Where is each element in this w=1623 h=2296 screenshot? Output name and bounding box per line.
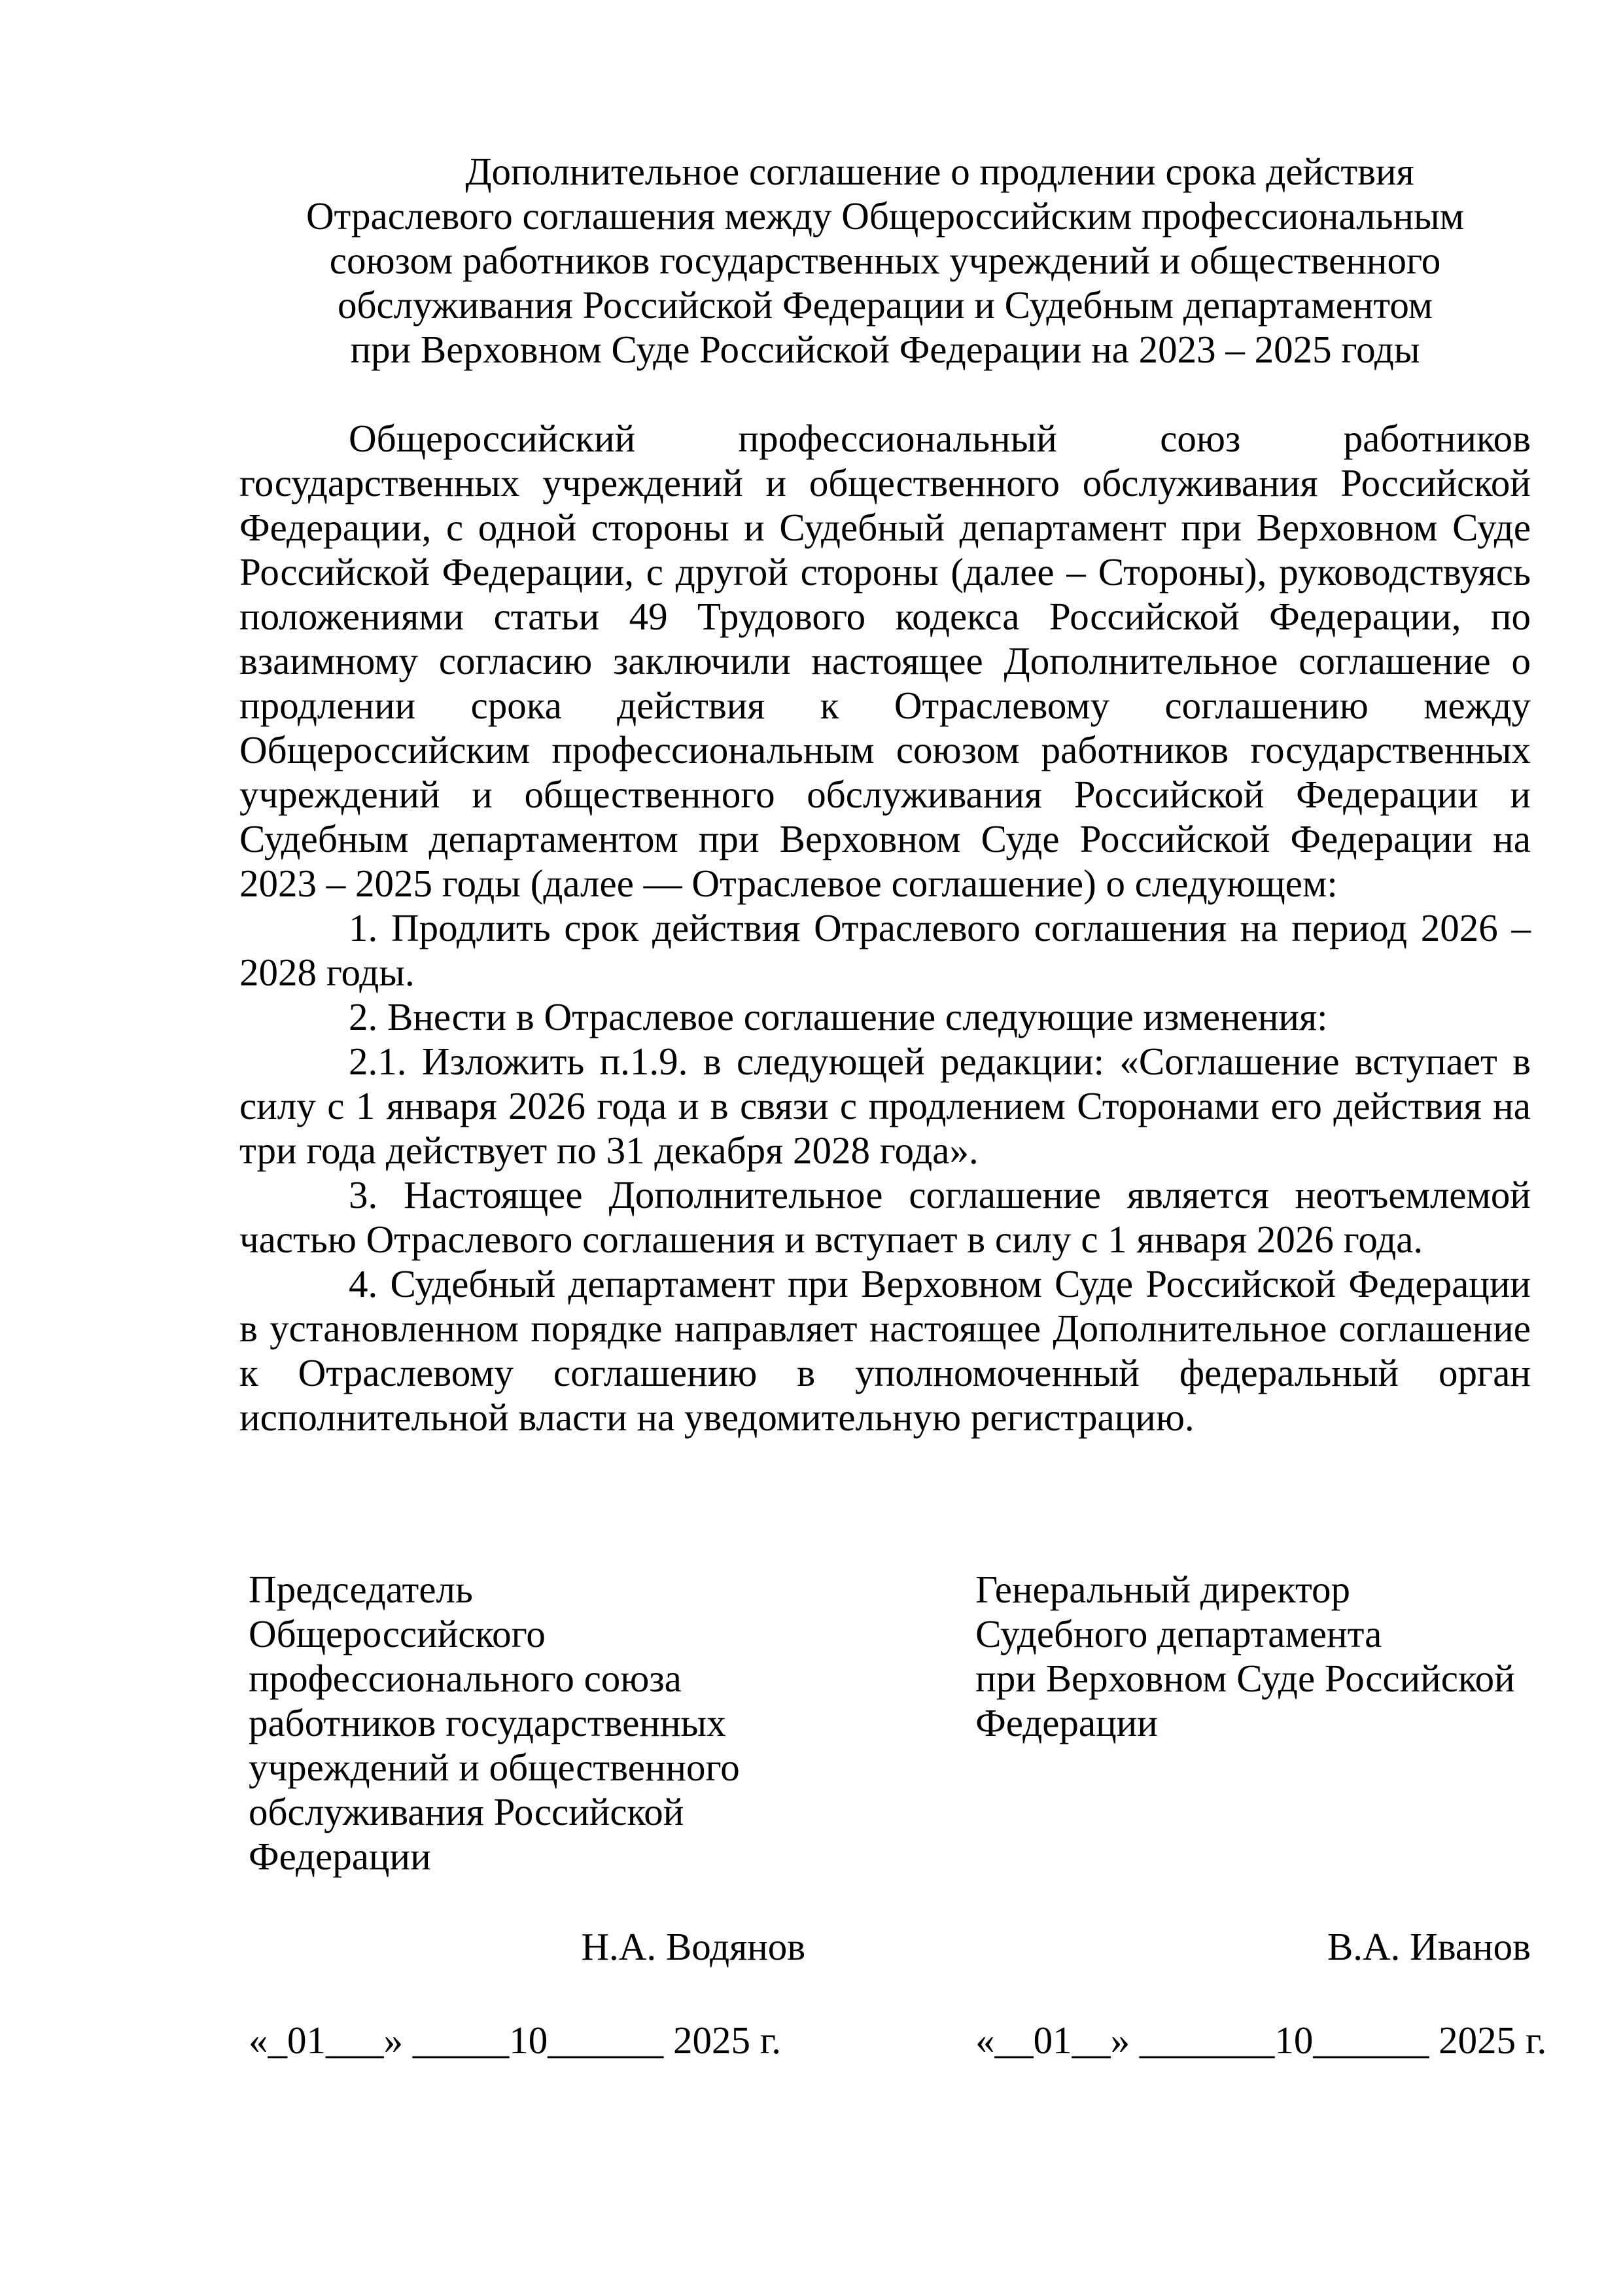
signature-right-date-line: «__01__» _______10______ 2025 г. xyxy=(975,2018,1531,2062)
signature-dates-row: «_01___» _____10______ 2025 г. «__01__» … xyxy=(239,2018,1531,2062)
document-page: Дополнительное соглашение о продлении ср… xyxy=(0,0,1623,2296)
body-paragraph-item-2-1: 2.1. Изложить п.1.9. в следующей редакци… xyxy=(239,1039,1531,1173)
body-paragraph-item-3: 3. Настоящее Дополнительное соглашение я… xyxy=(239,1173,1531,1262)
body-paragraph-item-1: 1. Продлить срок действия Отраслевого со… xyxy=(239,906,1531,995)
document-content: Дополнительное соглашение о продлении ср… xyxy=(239,149,1531,1439)
document-body: Общероссийский профессиональный союз раб… xyxy=(239,416,1531,1439)
signature-right-column: Генеральный директор Судебного департаме… xyxy=(975,1567,1531,1879)
body-paragraph-item-2: 2. Внести в Отраслевое соглашение следую… xyxy=(239,995,1531,1039)
signature-right-name: В.А. Иванов xyxy=(975,1924,1531,1969)
signature-section: Председатель Общероссийского профессиона… xyxy=(239,1567,1531,2062)
signature-left-date-line: «_01___» _____10______ 2025 г. xyxy=(239,2018,975,2062)
body-paragraph-preamble: Общероссийский профессиональный союз раб… xyxy=(239,416,1531,906)
signature-left-name: Н.А. Водянов xyxy=(239,1924,975,1969)
document-title: Дополнительное соглашение о продлении ср… xyxy=(239,149,1531,372)
signature-right-position-title: Генеральный директор Судебного департаме… xyxy=(975,1567,1531,1745)
signature-left-column: Председатель Общероссийского профессиона… xyxy=(239,1567,975,1879)
signature-left-position-title: Председатель Общероссийского профессиона… xyxy=(249,1567,975,1879)
signature-titles-row: Председатель Общероссийского профессиона… xyxy=(239,1567,1531,1879)
signature-names-row: Н.А. Водянов В.А. Иванов xyxy=(239,1924,1531,1969)
body-paragraph-item-4: 4. Судебный департамент при Верховном Су… xyxy=(239,1262,1531,1439)
